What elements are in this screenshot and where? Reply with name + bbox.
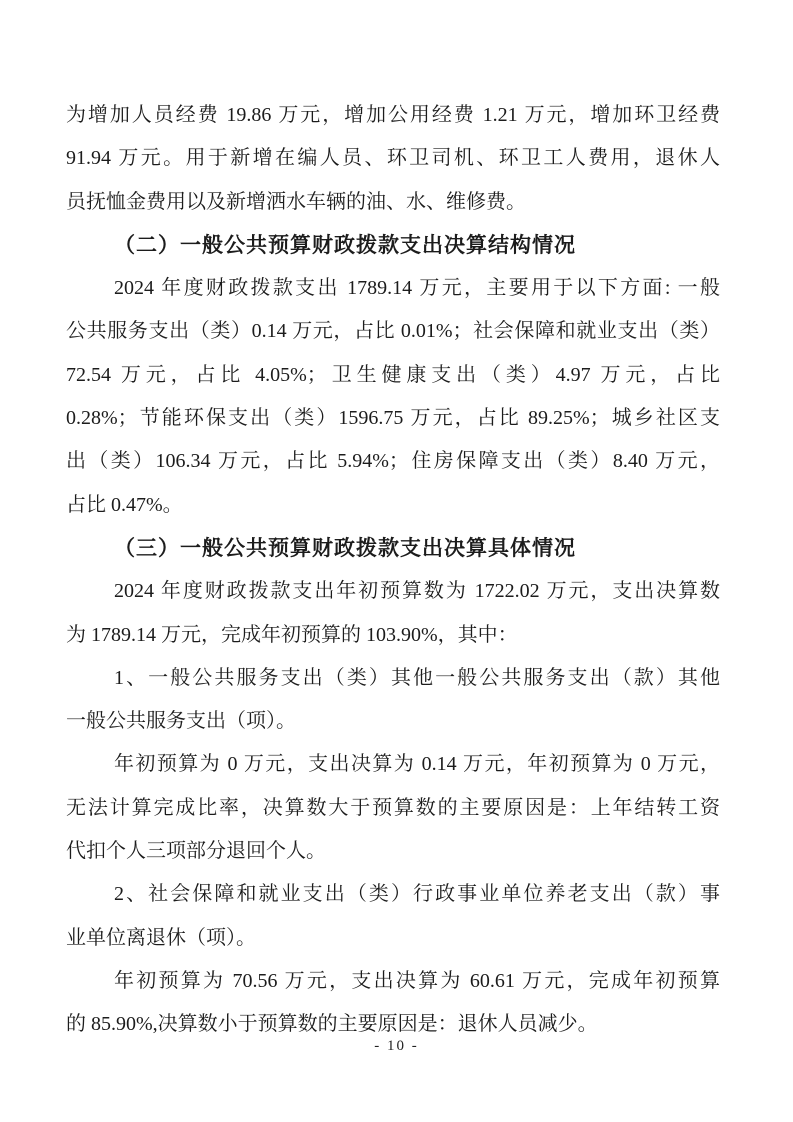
text-line: 年初预算为 70.56 万元，支出决算为 60.61 万元，完成年初预算	[66, 960, 720, 1003]
text-line: 2024 年度财政拨款支出 1789.14 万元，主要用于以下方面: 一般	[66, 267, 720, 310]
text-line: 为增加人员经费 19.86 万元，增加公用经费 1.21 万元，增加环卫经费	[66, 94, 720, 137]
text-line: 0.28%；节能环保支出（类）1596.75 万元，占比 89.25%；城乡社区…	[66, 397, 720, 440]
document-body: 为增加人员经费 19.86 万元，增加公用经费 1.21 万元，增加环卫经费 9…	[66, 94, 720, 1047]
text-line: 员抚恤金费用以及新增洒水车辆的油、水、维修费。	[66, 181, 720, 224]
text-line: 1、一般公共服务支出（类）其他一般公共服务支出（款）其他	[66, 657, 720, 700]
text-line: 2、社会保障和就业支出（类）行政事业单位养老支出（款）事	[66, 873, 720, 916]
text-line: 占比 0.47%。	[66, 484, 720, 527]
text-line: 年初预算为 0 万元，支出决算为 0.14 万元，年初预算为 0 万元，	[66, 743, 720, 786]
text-line: 2024 年度财政拨款支出年初预算数为 1722.02 万元，支出决算数	[66, 570, 720, 613]
text-line: 为 1789.14 万元，完成年初预算的 103.90%，其中：	[66, 614, 720, 657]
page-number: - 10 -	[0, 1036, 793, 1056]
text-line: 代扣个人三项部分退回个人。	[66, 830, 720, 873]
text-line: 业单位离退休（项）。	[66, 917, 720, 960]
text-line: 一般公共服务支出（项）。	[66, 700, 720, 743]
text-line: 91.94 万元。用于新增在编人员、环卫司机、环卫工人费用，退休人	[66, 137, 720, 180]
text-line: 出（类）106.34 万元，占比 5.94%；住房保障支出（类）8.40 万元，	[66, 440, 720, 483]
section-heading-3: （三）一般公共预算财政拨款支出决算具体情况	[66, 527, 720, 570]
text-line: 72.54 万元，占比 4.05%；卫生健康支出（类）4.97 万元，占比	[66, 354, 720, 397]
text-line: 无法计算完成比率，决算数大于预算数的主要原因是：上年结转工资	[66, 787, 720, 830]
text-line: 公共服务支出（类）0.14 万元，占比 0.01%；社会保障和就业支出（类）	[66, 310, 720, 353]
section-heading-2: （二）一般公共预算财政拨款支出决算结构情况	[66, 224, 720, 267]
